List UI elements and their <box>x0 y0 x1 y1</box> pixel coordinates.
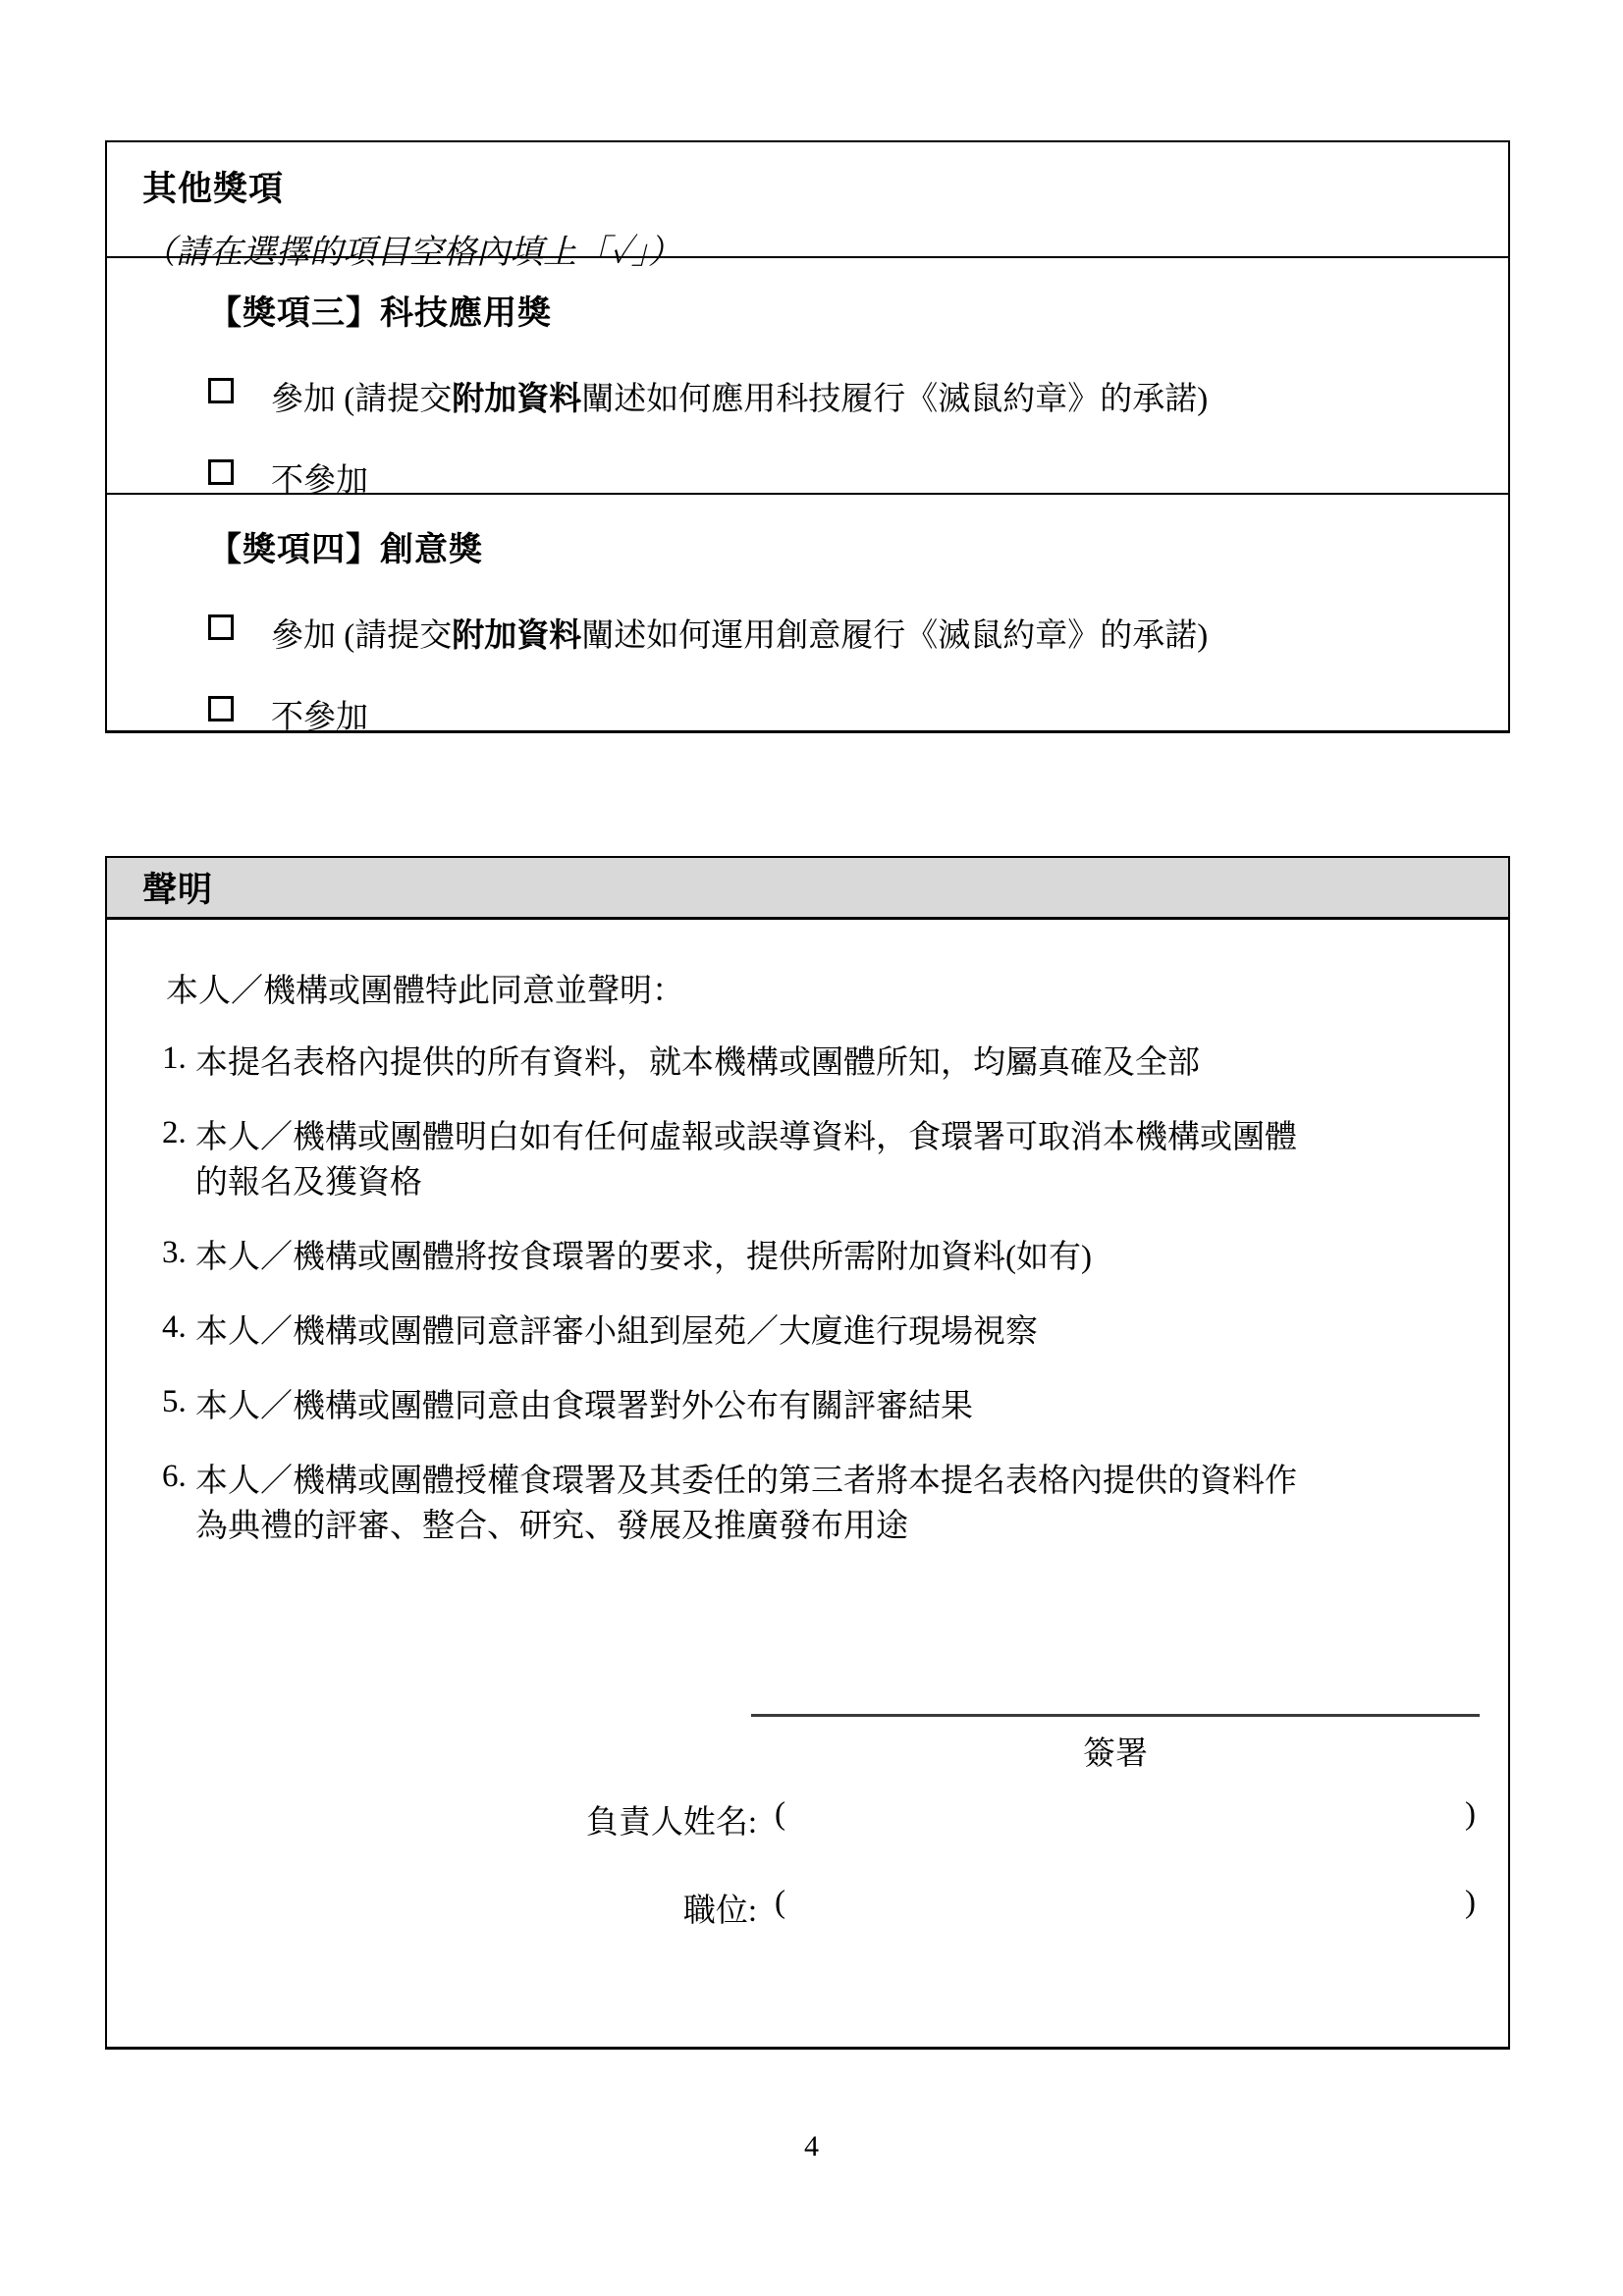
item-text: 本人／機構或團體明白如有任何虛報或誤導資料，食環署可取消本機構或團體的報名及獲資… <box>195 1115 1325 1205</box>
award4-decline-checkbox[interactable] <box>208 696 234 721</box>
award4-join-label-prefix: 參加 (請提交 <box>271 618 452 654</box>
item-text: 本人／機構或團體同意由食環署對外公布有關評審結果 <box>195 1384 1325 1429</box>
other-awards-header: 其他獎項 （請在選擇的項目空格內填上「✓」） <box>107 142 1508 258</box>
item-number: 1. <box>107 1041 195 1077</box>
award3-join-label-prefix: 參加 (請提交 <box>271 382 452 417</box>
responsible-person-name-row: 負責人姓名: ( ) <box>107 1796 1476 1842</box>
position-row: 職位: ( ) <box>107 1885 1476 1931</box>
declaration-items: 1. 本提名表格內提供的所有資料，就本機構或團體所知，均屬真確及全部 2. 本人… <box>107 1041 1508 1549</box>
award3-join-option: 參加 (請提交附加資料闡述如何應用科技履行《滅鼠約章》的承諾) <box>208 373 1508 419</box>
name-paren-close: ) <box>1465 1796 1476 1833</box>
award4-decline-label-text: 不參加 <box>271 700 368 735</box>
signature-line[interactable] <box>751 1714 1480 1717</box>
item-text: 本提名表格內提供的所有資料，就本機構或團體所知，均屬真確及全部 <box>195 1041 1325 1086</box>
position-label: 職位: <box>107 1885 757 1931</box>
award4-heading: 【獎項四】創意獎 <box>208 522 1508 570</box>
item-text: 本人／機構或團體將按食環署的要求，提供所需附加資料(如有) <box>195 1235 1325 1280</box>
item-text: 本人／機構或團體授權食環署及其委任的第三者將本提名表格內提供的資料作為典禮的評審… <box>195 1459 1325 1549</box>
award3-join-label: 參加 (請提交附加資料闡述如何應用科技履行《滅鼠約章》的承諾) <box>271 373 1208 419</box>
declaration-item-1: 1. 本提名表格內提供的所有資料，就本機構或團體所知，均屬真確及全部 <box>107 1041 1508 1086</box>
award4-join-option: 參加 (請提交附加資料闡述如何運用創意履行《滅鼠約章》的承諾) <box>208 610 1508 656</box>
position-paren-open: ( <box>775 1885 785 1921</box>
award3-decline-label: 不參加 <box>271 454 368 501</box>
declaration-item-6: 6. 本人／機構或團體授權食環署及其委任的第三者將本提名表格內提供的資料作為典禮… <box>107 1459 1508 1549</box>
item-number: 4. <box>107 1309 195 1346</box>
award4-join-label-suffix: 闡述如何運用創意履行《滅鼠約章》的承諾) <box>581 618 1208 654</box>
item-number: 6. <box>107 1459 195 1495</box>
declaration-item-2: 2. 本人／機構或團體明白如有任何虛報或誤導資料，食環署可取消本機構或團體的報名… <box>107 1115 1508 1205</box>
award3-join-checkbox[interactable] <box>208 378 234 403</box>
declaration-item-3: 3. 本人／機構或團體將按食環署的要求，提供所需附加資料(如有) <box>107 1235 1508 1280</box>
award3-heading: 【獎項三】科技應用獎 <box>208 286 1508 334</box>
item-number: 5. <box>107 1384 195 1420</box>
award3-section: 【獎項三】科技應用獎 參加 (請提交附加資料闡述如何應用科技履行《滅鼠約章》的承… <box>107 258 1508 495</box>
declaration-header: 聲明 <box>107 858 1508 920</box>
award3-decline-checkbox[interactable] <box>208 459 234 485</box>
award3-join-label-suffix: 闡述如何應用科技履行《滅鼠約章》的承諾) <box>581 382 1208 417</box>
declaration-intro: 本人／機構或團體特此同意並聲明： <box>166 965 1508 1011</box>
declaration-box: 聲明 本人／機構或團體特此同意並聲明： 1. 本提名表格內提供的所有資料，就本機… <box>105 856 1510 2050</box>
award4-join-label: 參加 (請提交附加資料闡述如何運用創意履行《滅鼠約章》的承諾) <box>271 610 1208 656</box>
award3-decline-option: 不參加 <box>208 454 1508 501</box>
other-awards-box: 其他獎項 （請在選擇的項目空格內填上「✓」） 【獎項三】科技應用獎 參加 (請提… <box>105 140 1510 733</box>
item-number: 3. <box>107 1235 195 1271</box>
signature-label: 簽署 <box>751 1728 1480 1774</box>
item-text: 本人／機構或團體同意評審小組到屋苑／大廈進行現場視察 <box>195 1309 1325 1355</box>
award3-decline-label-text: 不參加 <box>271 463 368 499</box>
award4-section: 【獎項四】創意獎 參加 (請提交附加資料闡述如何運用創意履行《滅鼠約章》的承諾)… <box>107 495 1508 731</box>
award4-join-checkbox[interactable] <box>208 614 234 640</box>
responsible-person-name-label: 負責人姓名: <box>107 1796 757 1842</box>
form-page: 其他獎項 （請在選擇的項目空格內填上「✓」） 【獎項三】科技應用獎 參加 (請提… <box>0 0 1623 2296</box>
item-number: 2. <box>107 1115 195 1151</box>
declaration-item-4: 4. 本人／機構或團體同意評審小組到屋苑／大廈進行現場視察 <box>107 1309 1508 1355</box>
award4-decline-label: 不參加 <box>271 691 368 737</box>
declaration-item-5: 5. 本人／機構或團體同意由食環署對外公布有關評審結果 <box>107 1384 1508 1429</box>
award4-join-label-bold: 附加資料 <box>452 618 581 654</box>
award3-join-label-bold: 附加資料 <box>452 382 581 417</box>
declaration-title: 聲明 <box>142 863 213 912</box>
other-awards-title: 其他獎項 <box>142 162 1508 211</box>
award4-decline-option: 不參加 <box>208 691 1508 737</box>
page-number: 4 <box>0 2130 1623 2163</box>
position-paren-close: ) <box>1465 1885 1476 1921</box>
name-paren-open: ( <box>775 1796 785 1833</box>
